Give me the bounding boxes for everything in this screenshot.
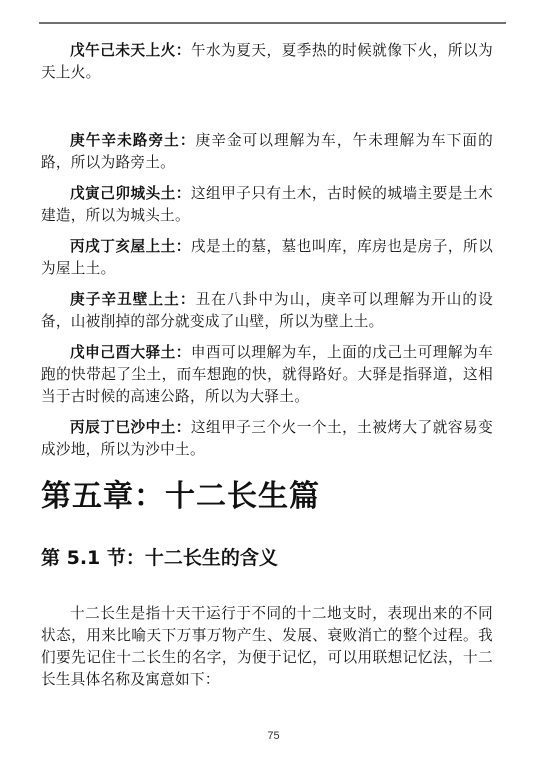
entry-paragraph: 戊寅己卯城头土：这组甲子只有土木，古时候的城墙主要是土木建造，所以为城头土。 bbox=[41, 183, 493, 227]
entry-paragraph: 戊申己酉大驿土：申酉可以理解为车，上面的戊己土可理解为车跑的快带起了尘土，而车想… bbox=[41, 342, 493, 408]
page-content: 戊午己未天上火：午水为夏天，夏季热的时候就像下火，所以为天上火。 庚午辛未路旁土… bbox=[41, 40, 493, 691]
entry-term: 戊申己酉大驿土： bbox=[70, 344, 191, 361]
entry-paragraph: 戊午己未天上火：午水为夏天，夏季热的时候就像下火，所以为天上火。 bbox=[41, 40, 493, 84]
entry-term: 丙戌丁亥屋上土： bbox=[70, 238, 191, 255]
entry-paragraph: 庚午辛未路旁土：庚辛金可以理解为车，午未理解为车下面的路，所以为路旁土。 bbox=[41, 130, 493, 174]
chapter-title: 第五章：十二长生篇 bbox=[41, 475, 493, 519]
entry-term: 庚子辛丑壁上土： bbox=[70, 291, 196, 308]
entry-paragraph: 丙辰丁巳沙中土：这组甲子三个火一个土，土被烤大了就容易变成沙地，所以为沙中土。 bbox=[41, 417, 493, 461]
entry-term: 戊午己未天上火： bbox=[70, 42, 191, 59]
section-body: 十二长生是指十天干运行于不同的十二地支时，表现出来的不同状态，用来比喻天下万事万… bbox=[41, 603, 493, 691]
entry-term: 戊寅己卯城头土： bbox=[70, 185, 191, 202]
entry-term: 丙辰丁巳沙中土： bbox=[70, 419, 191, 436]
header-rule bbox=[39, 22, 506, 24]
entry-paragraph: 丙戌丁亥屋上土：戌是土的墓，墓也叫库，库房也是房子，所以为屋上土。 bbox=[41, 236, 493, 280]
section-title: 第 5.1 节：十二长生的含义 bbox=[41, 543, 493, 573]
page-number: 75 bbox=[0, 730, 547, 742]
entry-paragraph: 庚子辛丑壁上土：丑在八卦中为山，庚辛可以理解为开山的设备，山被削掉的部分就变成了… bbox=[41, 289, 493, 333]
entry-term: 庚午辛未路旁土： bbox=[70, 132, 196, 149]
